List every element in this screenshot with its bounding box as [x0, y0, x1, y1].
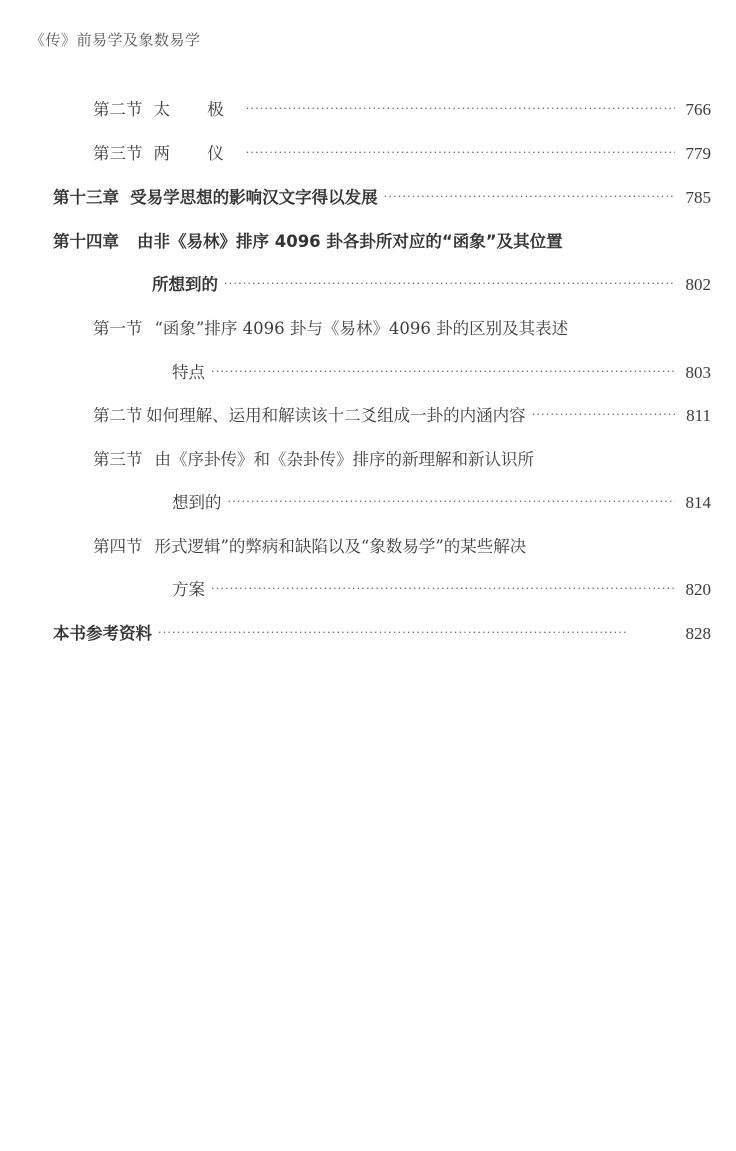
dot-leader: ········································… — [532, 408, 675, 421]
section-title-line2: 方案 — [172, 576, 205, 600]
page-number: 766 — [681, 100, 711, 120]
dot-leader: ········································… — [246, 102, 675, 115]
page-number: 785 — [681, 188, 711, 208]
dot-leader: ········································… — [224, 277, 675, 290]
section-label: 第三节 — [93, 140, 143, 164]
section-title-line1: 形式逻辑”的弊病和缺陷以及“象数易学”的某些解决 — [155, 533, 527, 557]
section-label: 第三节 — [93, 446, 143, 470]
section-title-line1: 由《序卦传》和《杂卦传》排序的新理解和新认识所 — [155, 446, 535, 470]
page-number: 811 — [681, 406, 711, 426]
section-title-line2: 特点 — [172, 359, 205, 383]
section-title: 太 极 — [153, 96, 239, 120]
section-label: 第一节 — [93, 315, 143, 339]
references-label: 本书参考资料 — [53, 620, 152, 644]
toc-entry-section-1-continued[interactable]: 特点 ·····································… — [172, 359, 711, 385]
toc-entry-section-taiji[interactable]: 第二节 太 极 ································… — [93, 96, 711, 122]
section-title: 如何理解、运用和解读该十二爻组成一卦的内涵内容 — [146, 402, 526, 426]
toc-entry-section-2[interactable]: 第二节 如何理解、运用和解读该十二爻组成一卦的内涵内容 ············… — [93, 402, 711, 428]
page-number: 814 — [681, 493, 711, 513]
running-header: 《传》前易学及象数易学 — [30, 29, 201, 50]
page-number: 828 — [681, 624, 711, 644]
toc-entry-section-3[interactable]: 第三节 由《序卦传》和《杂卦传》排序的新理解和新认识所 — [93, 446, 711, 472]
chapter-label: 第十四章 — [53, 228, 119, 252]
section-title: 两 仪 — [153, 140, 239, 164]
dot-leader: ········································… — [384, 190, 675, 203]
toc-entry-section-liangyi[interactable]: 第三节 两 仪 ································… — [93, 140, 711, 166]
toc-entry-section-3-continued[interactable]: 想到的 ····································… — [172, 489, 711, 515]
toc-entry-chapter-14-continued[interactable]: 所想到的 ···································… — [152, 271, 711, 297]
dot-leader: ········································… — [246, 146, 675, 159]
page-number: 802 — [681, 275, 711, 295]
chapter-title-line1: 由非《易林》排序 4096 卦各卦所对应的“函象”及其位置 — [137, 228, 563, 252]
section-label: 第二节 — [93, 96, 143, 120]
toc-entry-chapter-14[interactable]: 第十四章 由非《易林》排序 4096 卦各卦所对应的“函象”及其位置 — [53, 228, 711, 254]
chapter-title-line2: 所想到的 — [152, 271, 218, 295]
section-title-line1: “函象”排序 4096 卦与《易林》4096 卦的区别及其表述 — [155, 315, 569, 339]
toc-entry-chapter-13[interactable]: 第十三章 受易学思想的影响汉文字得以发展 ···················… — [53, 184, 711, 210]
chapter-title: 受易学思想的影响汉文字得以发展 — [130, 184, 378, 208]
section-label: 第四节 — [93, 533, 143, 557]
toc-entry-section-4-continued[interactable]: 方案 ·····································… — [172, 576, 711, 602]
toc-entry-section-1[interactable]: 第一节 “函象”排序 4096 卦与《易林》4096 卦的区别及其表述 — [93, 315, 711, 341]
page-number: 803 — [681, 363, 711, 383]
dot-leader: ········································… — [211, 582, 675, 595]
page-number: 779 — [681, 144, 711, 164]
section-title-line2: 想到的 — [172, 489, 222, 513]
toc-entry-section-4[interactable]: 第四节 形式逻辑”的弊病和缺陷以及“象数易学”的某些解决 — [93, 533, 711, 559]
dot-leader: ········································… — [211, 365, 675, 378]
toc-entry-references[interactable]: 本书参考资料 ·································… — [53, 620, 711, 646]
chapter-label: 第十三章 — [53, 184, 119, 208]
dot-leader: ········································… — [158, 626, 675, 639]
section-label: 第二节 — [93, 402, 143, 426]
page-number: 820 — [681, 580, 711, 600]
dot-leader: ········································… — [228, 495, 676, 508]
